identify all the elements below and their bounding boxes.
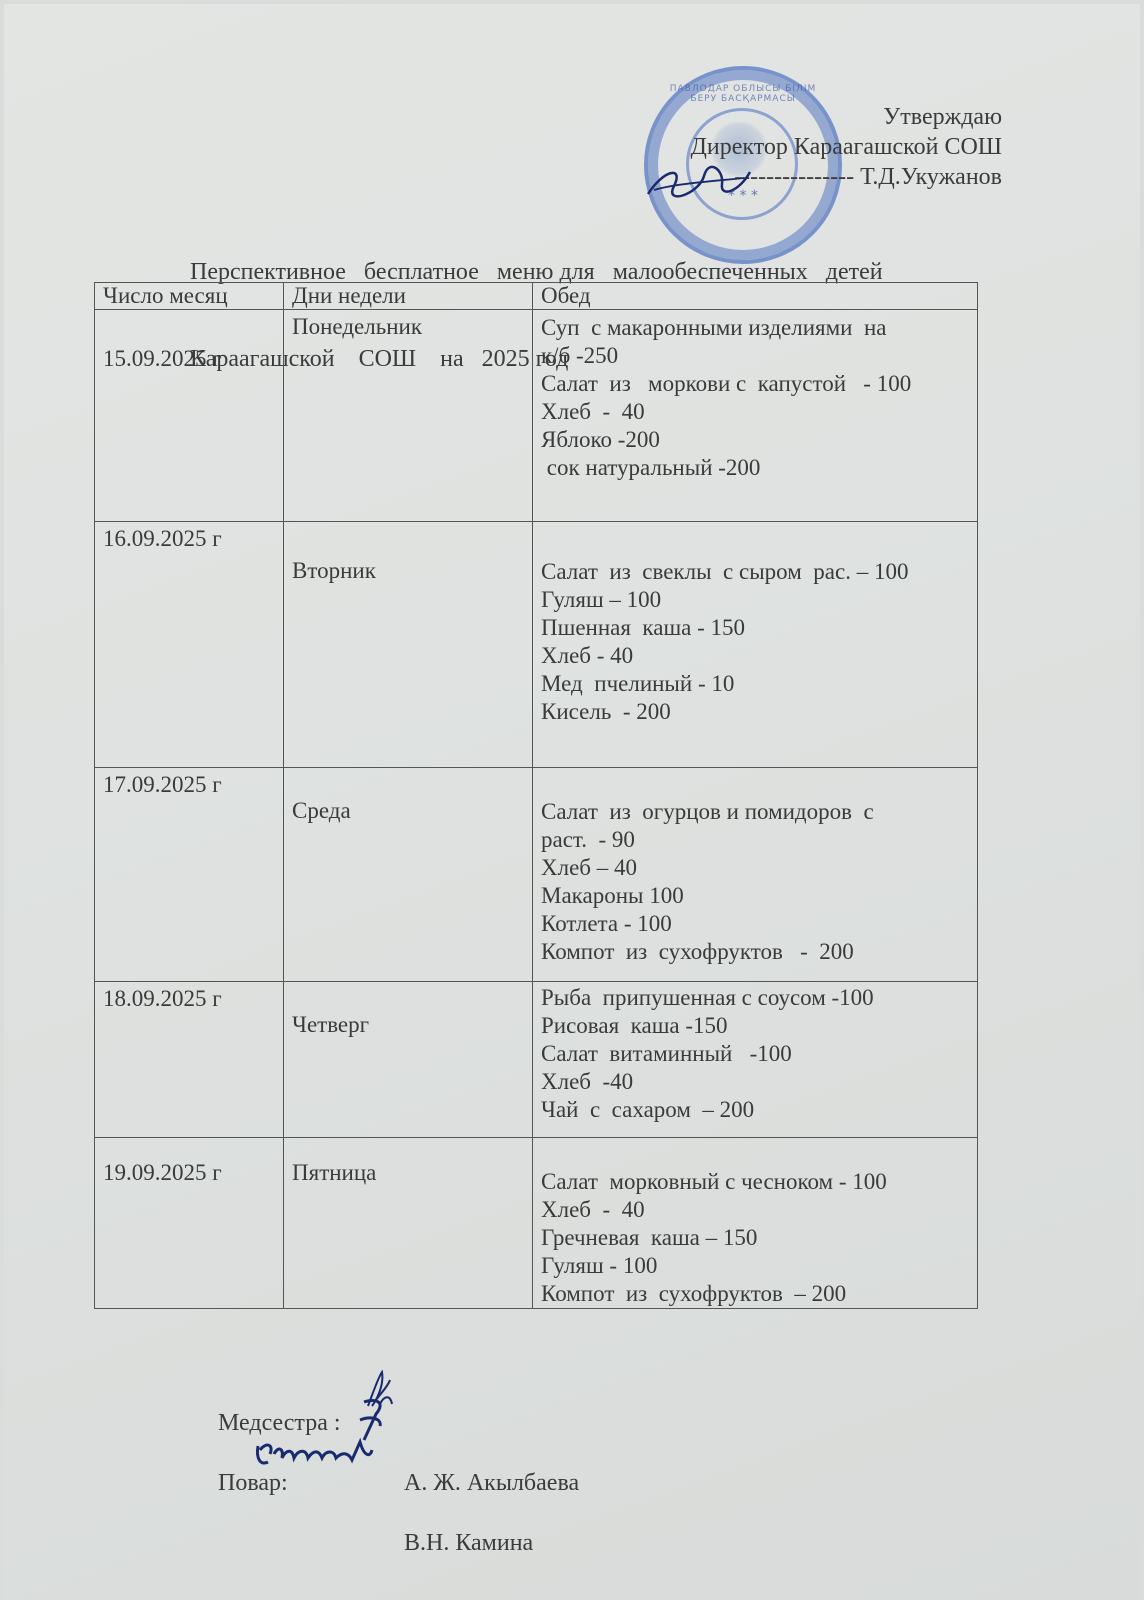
meal-item: Котлета - 100 [541, 910, 969, 938]
meal-item: Хлеб -40 [541, 1068, 969, 1096]
meal-item: Салат из свеклы с сыром рас. – 100 [541, 558, 969, 586]
approval-position: Директор Караагашской СОШ [691, 132, 1003, 162]
meal-item: Суп с макаронными изделиями на [541, 314, 969, 342]
date-cell: 16.09.2025 г [95, 522, 284, 768]
signatures-footer: Медсестра : А. Ж. Акылбаева Повар: В.Н. … [182, 1378, 341, 1498]
meal-item: Хлеб – 40 [541, 854, 969, 882]
header-lunch: Обед [533, 283, 978, 310]
cook-label: Повар: [218, 1470, 288, 1496]
weekday-cell: Понедельник [284, 310, 533, 522]
approval-heading: Утверждаю [691, 102, 1003, 132]
table-row: 15.09.2025 гПонедельникСуп с макаронными… [95, 310, 978, 522]
lunch-cell: Суп с макаронными изделиями нак/б -250Са… [533, 310, 978, 522]
weekday-cell: Пятница [284, 1138, 533, 1309]
meal-item: Салат морковный с чесноком - 100 [541, 1168, 969, 1196]
document-page: ПАВЛОДАР ОБЛЫСЫ БІЛІМ БЕРУ БАСҚАРМАСЫ * … [4, 4, 1140, 1600]
meal-item: Рисовая каша -150 [541, 1012, 969, 1040]
meal-item: Хлеб - 40 [541, 642, 969, 670]
meal-item: сок натуральный -200 [541, 454, 969, 482]
nurse-name: А. Ж. Акылбаева [404, 1468, 579, 1498]
lunch-cell: Рыба припушенная с соусом -100Рисовая ка… [533, 982, 978, 1138]
meal-item: Салат витаминный -100 [541, 1040, 969, 1068]
header-date: Число месяц [95, 283, 284, 310]
table-row: 19.09.2025 гПятницаСалат морковный с чес… [95, 1138, 978, 1309]
meal-item: Мед пчелиный - 10 [541, 670, 969, 698]
table-header-row: Число месяц Дни недели Обед [95, 283, 978, 310]
table-row: 17.09.2025 гСредаСалат из огурцов и поми… [95, 768, 978, 982]
director-signature-icon [644, 164, 754, 200]
weekday-cell: Среда [284, 768, 533, 982]
meal-item: Яблоко -200 [541, 426, 969, 454]
header-day: Дни недели [284, 283, 533, 310]
meal-item: Гречневая каша – 150 [541, 1224, 969, 1252]
date-cell: 17.09.2025 г [95, 768, 284, 982]
cook-name: В.Н. Камина [404, 1528, 533, 1558]
cook-signature-row: Повар: В.Н. Камина [182, 1438, 341, 1498]
date-cell: 15.09.2025 г [95, 310, 284, 522]
meal-item: Пшенная каша - 150 [541, 614, 969, 642]
table-row: 18.09.2025 гЧетвергРыба припушенная с со… [95, 982, 978, 1138]
meal-item: Чай с сахаром – 200 [541, 1096, 969, 1124]
date-cell: 19.09.2025 г [95, 1138, 284, 1309]
table-row: 16.09.2025 гВторникСалат из свеклы с сыр… [95, 522, 978, 768]
meal-item: раст. - 90 [541, 826, 969, 854]
weekday-cell: Четверг [284, 982, 533, 1138]
meal-item: к/б -250 [541, 342, 969, 370]
meal-item: Хлеб - 40 [541, 398, 969, 426]
meal-item: Компот из сухофруктов – 200 [541, 1280, 969, 1308]
menu-table: Число месяц Дни недели Обед 15.09.2025 г… [94, 282, 978, 1309]
meal-item: Компот из сухофруктов - 200 [541, 938, 969, 966]
cook-signature-icon [252, 1396, 402, 1472]
lunch-cell: Салат из свеклы с сыром рас. – 100Гуляш … [533, 522, 978, 768]
lunch-cell: Салат морковный с чесноком - 100Хлеб - 4… [533, 1138, 978, 1309]
lunch-cell: Салат из огурцов и помидоров сраст. - 90… [533, 768, 978, 982]
meal-item: Рыба припушенная с соусом -100 [541, 984, 969, 1012]
meal-item: Хлеб - 40 [541, 1196, 969, 1224]
meal-item: Макароны 100 [541, 882, 969, 910]
stamp-ring-text: ПАВЛОДАР ОБЛЫСЫ БІЛІМ БЕРУ БАСҚАРМАСЫ [668, 84, 818, 104]
meal-item: Салат из моркови с капустой - 100 [541, 370, 969, 398]
meal-item: Гуляш - 100 [541, 1252, 969, 1280]
weekday-cell: Вторник [284, 522, 533, 768]
meal-item: Гуляш – 100 [541, 586, 969, 614]
meal-item: Салат из огурцов и помидоров с [541, 798, 969, 826]
meal-item: Кисель - 200 [541, 698, 969, 726]
date-cell: 18.09.2025 г [95, 982, 284, 1138]
